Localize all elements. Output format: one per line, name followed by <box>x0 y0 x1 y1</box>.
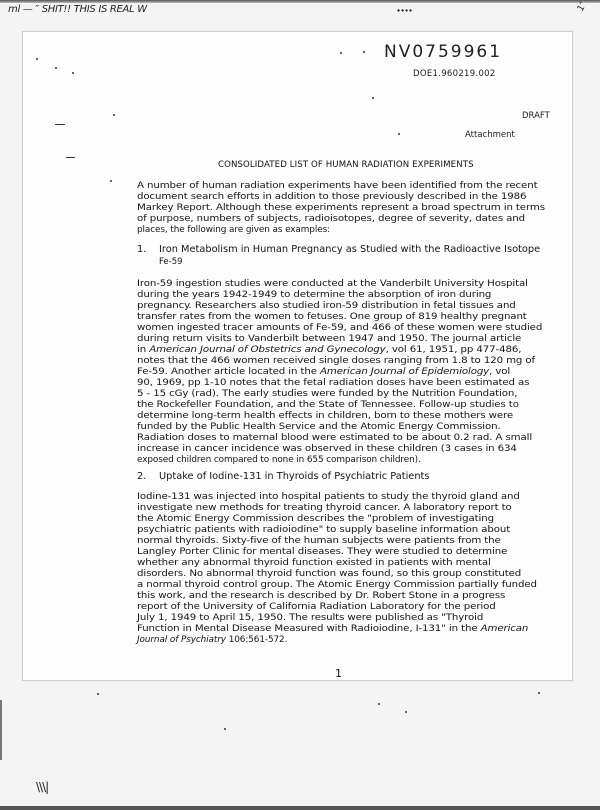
body-line: July 1, 1949 to April 15, 1950. The resu… <box>137 613 483 623</box>
body-line: Function in Mental Disease Measured with… <box>137 624 528 634</box>
scan-edge-bottom <box>0 806 600 810</box>
intro-line: Markey Report. Although these experiment… <box>137 203 545 213</box>
body-line: increase in cancer incidence was observe… <box>137 444 517 454</box>
body-line: Iron-59 ingestion studies were conducted… <box>137 279 528 289</box>
scan-speck <box>36 58 38 60</box>
tally-mark: \\\| <box>36 780 48 794</box>
scan-speck <box>110 180 112 182</box>
body-line: determine long-term health effects in ch… <box>137 411 513 421</box>
body-line: women ingested tracer amounts of Fe-59, … <box>137 323 542 333</box>
scan-speck <box>398 133 400 135</box>
scan-speck <box>55 67 57 69</box>
body-line: report of the University of California R… <box>137 602 496 612</box>
scan-speck <box>363 51 365 53</box>
body-line: during return visits to Vanderbilt betwe… <box>137 334 521 344</box>
scan-edge-top <box>0 0 600 3</box>
body-line: investigate new methods for treating thy… <box>137 503 512 513</box>
body-line: normal thyroids. Sixty-five of the human… <box>137 536 501 546</box>
body-line: the Rockefeller Foundation, and the Stat… <box>137 400 519 410</box>
scan-speck <box>97 693 99 695</box>
body-line: exposed children compared to none in 655… <box>137 455 421 465</box>
scan-speck <box>72 72 74 74</box>
body-line: funded by the Public Health Service and … <box>137 422 501 432</box>
body-line: Iodine-131 was injected into hospital pa… <box>137 492 520 502</box>
body-line: pregnancy. Researchers also studied iron… <box>137 301 516 311</box>
body-line: this work, and the research is described… <box>137 591 505 601</box>
section-heading-text: Iron Metabolism in Human Pregnancy as St… <box>159 244 540 255</box>
section-heading-continued: Fe-59 <box>159 257 183 267</box>
document-title: CONSOLIDATED LIST OF HUMAN RADIATION EXP… <box>218 160 474 170</box>
scan-speck <box>224 728 226 730</box>
section-heading: 2.Uptake of Iodine-131 in Thyroids of Ps… <box>137 471 430 482</box>
body-line: Fe-59. Another article located in the Am… <box>137 367 510 377</box>
scan-speck <box>538 692 540 694</box>
journal-title: American Journal of Obstetrics and Gynec… <box>149 345 385 355</box>
draft-label: DRAFT <box>522 111 550 121</box>
body-line: Radiation doses to maternal blood were e… <box>137 433 532 443</box>
section-heading: 1.Iron Metabolism in Human Pregnancy as … <box>137 244 540 255</box>
journal-title: Journal of Psychiatry <box>137 635 226 645</box>
section-heading-text: Uptake of Iodine-131 in Thyroids of Psyc… <box>159 471 430 482</box>
body-line: 90, 1969, pp 1-10 notes that the fetal r… <box>137 378 529 388</box>
body-line: in American Journal of Obstetrics and Gy… <box>137 345 521 355</box>
scan-speck <box>55 124 65 125</box>
document-id: DOE1.960219.002 <box>413 69 496 79</box>
body-line: psychiatric patients with radioiodine" t… <box>137 525 510 535</box>
body-line: disorders. No abnormal thyroid function … <box>137 569 521 579</box>
scan-speck <box>372 97 374 99</box>
body-line: Journal of Psychiatry 106:561-572. <box>137 635 287 645</box>
body-line: whether any abnormal thyroid function ex… <box>137 558 491 568</box>
journal-title: American Journal of Epidemiology <box>320 367 489 377</box>
section-number: 1. <box>137 244 159 255</box>
body-line: during the years 1942-1949 to determine … <box>137 290 491 300</box>
handwritten-doc-number: NV0759961 <box>384 42 502 62</box>
intro-line: document search efforts in addition to t… <box>137 192 526 202</box>
intro-line: places, the following are given as examp… <box>137 225 330 235</box>
scan-speck <box>113 114 115 116</box>
scan-edge-left <box>0 700 2 760</box>
body-line: notes that the 466 women received single… <box>137 356 535 366</box>
handwritten-note: ml — ″ SHIT!! THIS IS REAL W <box>8 4 147 15</box>
handwritten-mark: ∙∙∙∙ <box>396 6 412 15</box>
scan-speck <box>378 703 380 705</box>
section-number: 2. <box>137 471 159 482</box>
scan-speck <box>66 157 75 158</box>
page-number: 1 <box>335 667 342 680</box>
body-line: transfer rates from the women to fetuses… <box>137 312 527 322</box>
body-line: the Atomic Energy Commission describes t… <box>137 514 494 524</box>
attachment-label: Attachment <box>465 130 515 140</box>
intro-line: of purpose, numbers of subjects, radiois… <box>137 214 525 224</box>
scan-speck <box>405 711 407 713</box>
body-line: a normal thyroid control group. The Atom… <box>137 580 537 590</box>
journal-title: American <box>481 624 529 634</box>
intro-line: A number of human radiation experiments … <box>137 181 537 191</box>
body-line: 5 - 15 cGy (rad). The early studies were… <box>137 389 517 399</box>
body-line: Langley Porter Clinic for mental disease… <box>137 547 507 557</box>
scan-speck <box>340 52 342 54</box>
